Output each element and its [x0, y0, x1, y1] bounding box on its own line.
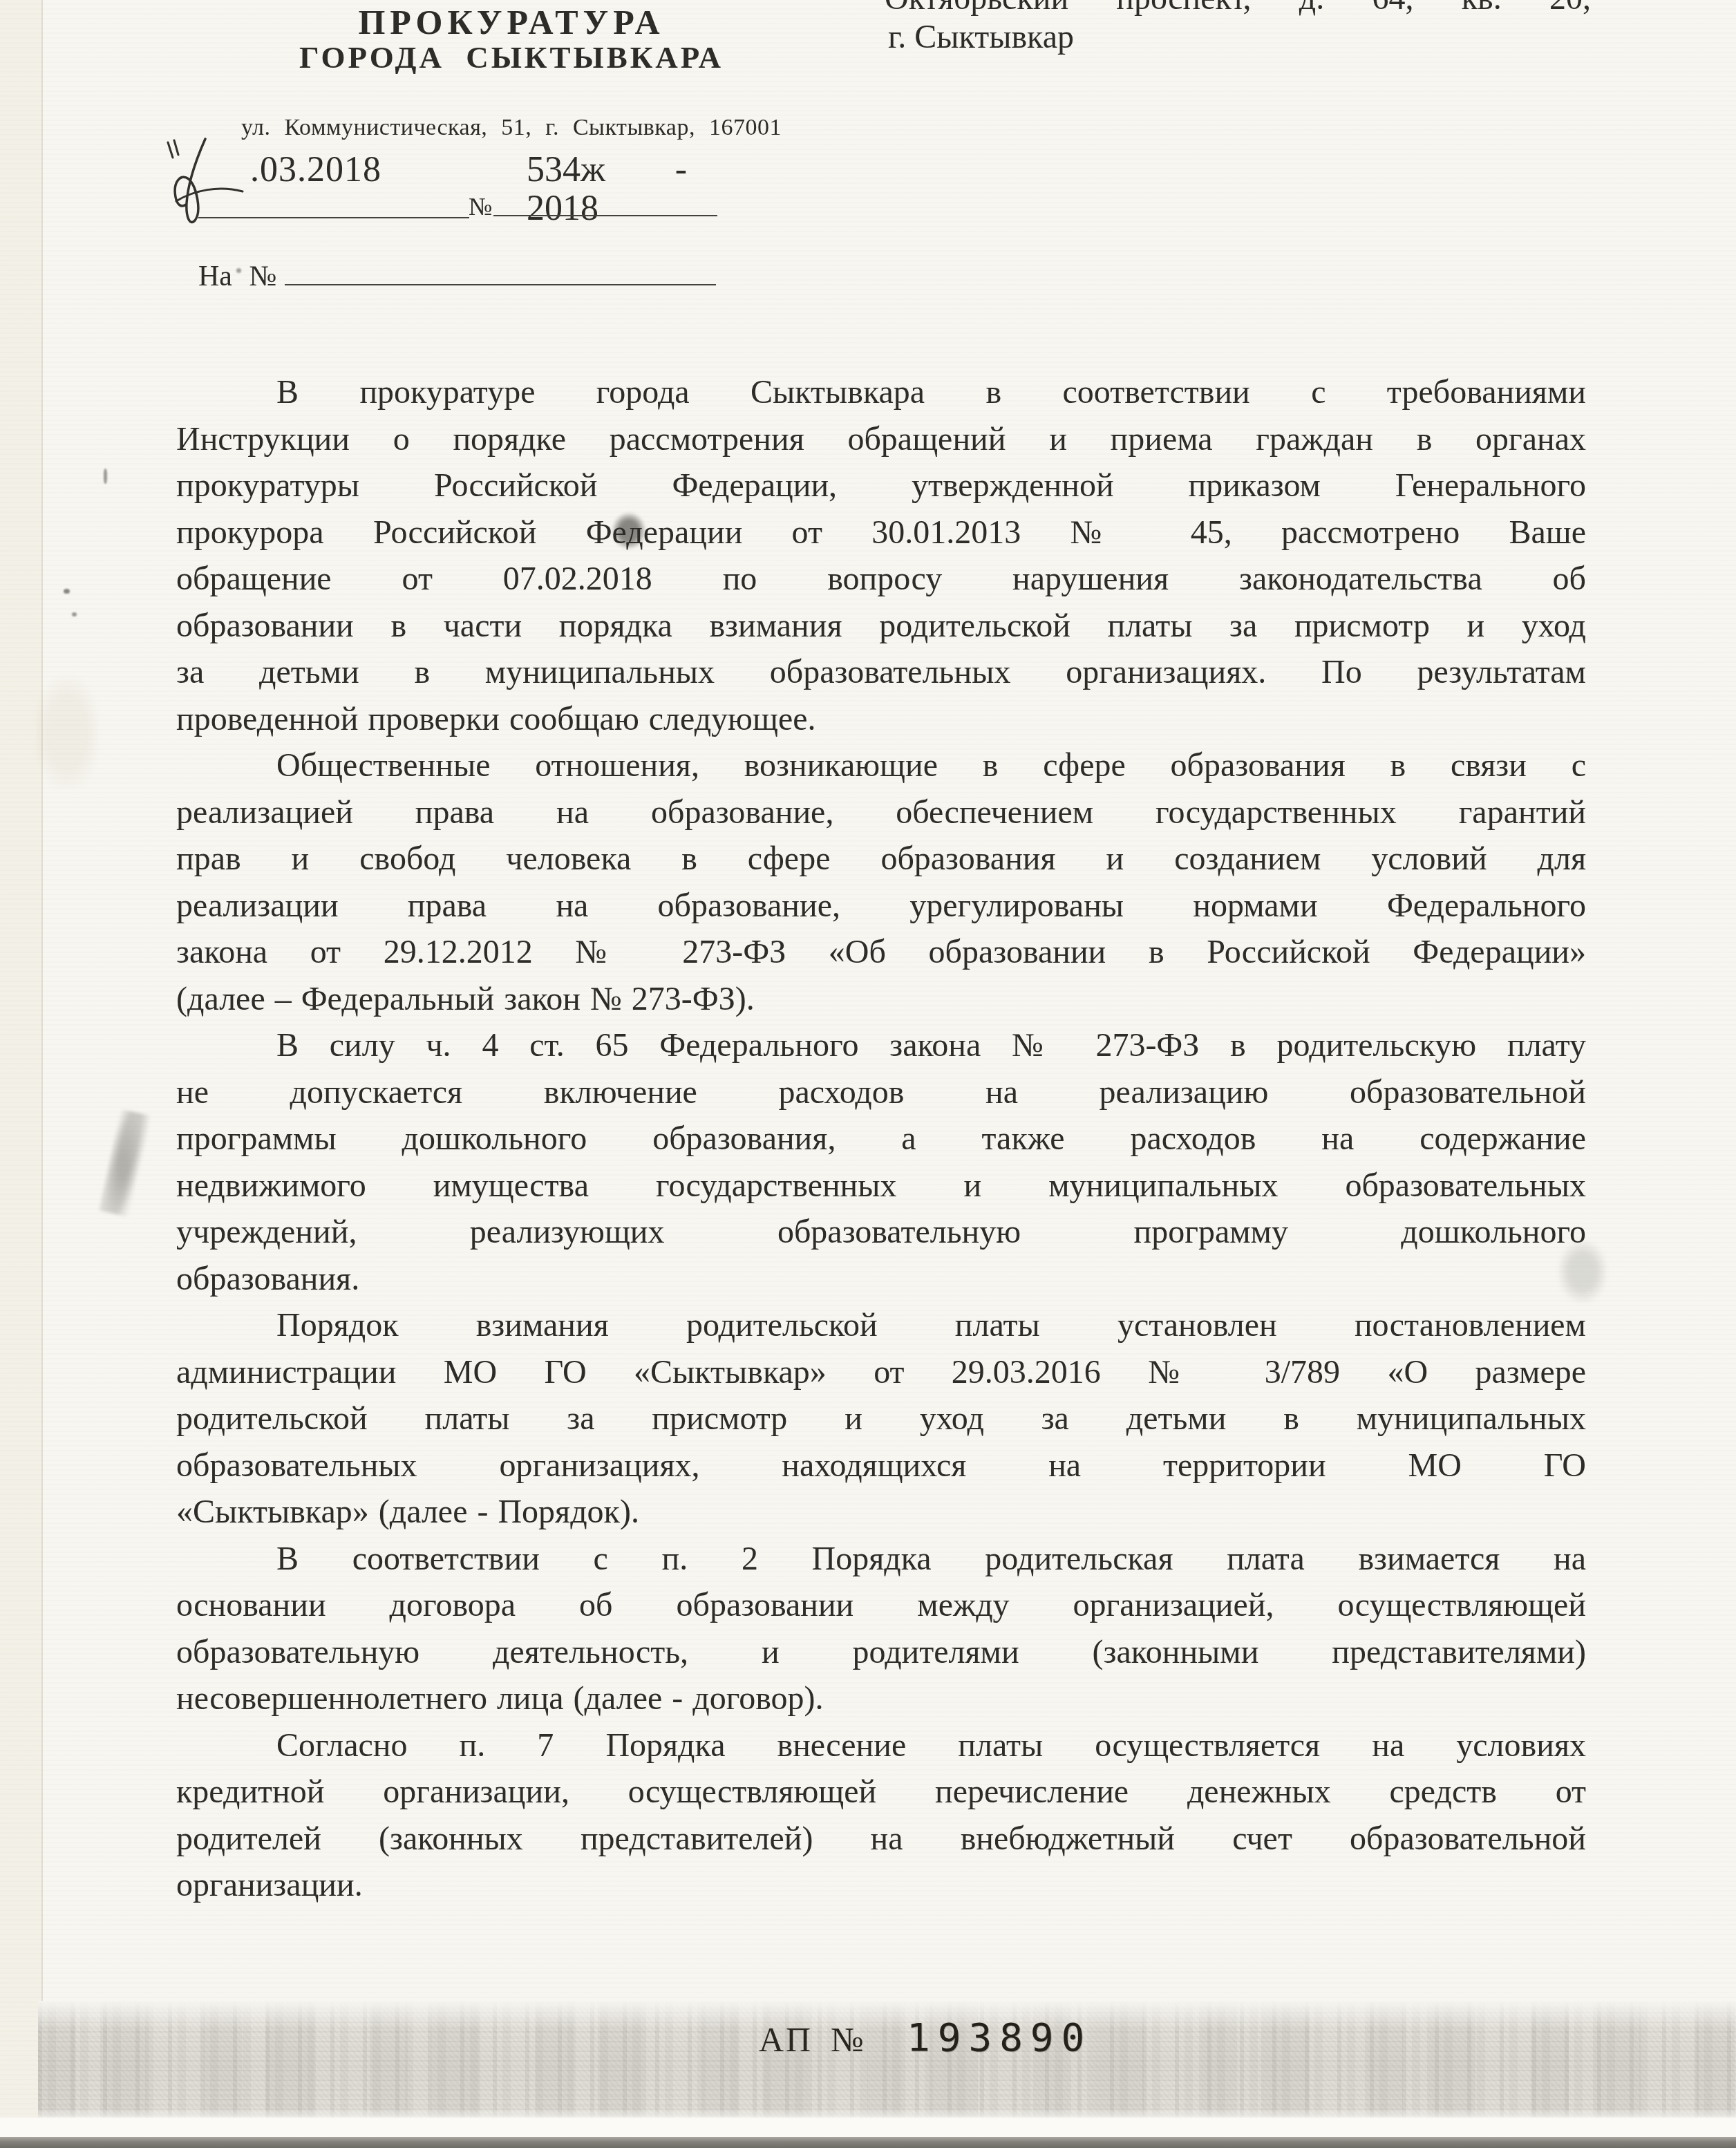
body-line: администрации МО ГО «Сыктывкар» от 29.03… — [176, 1349, 1586, 1396]
body-line: не допускается включение расходов на реа… — [176, 1069, 1586, 1116]
reply-reference-underline — [285, 284, 716, 285]
document-body: В прокуратуре города Сыктывкара в соотве… — [176, 369, 1586, 1909]
body-line: образовательных организациях, находящихс… — [176, 1442, 1586, 1489]
paper-stain-artifact — [36, 677, 98, 788]
body-line: прокуратуры Российской Федерации, утверж… — [176, 462, 1586, 509]
letterhead-address: ул. Коммунистическая, 51, г. Сыктывкар, … — [166, 115, 857, 141]
letterhead-org-line2: ГОРОДА СЫКТЫВКАРА — [166, 40, 857, 75]
speck-artifact — [72, 612, 77, 616]
body-line: Общественные отношения, возникающие в сф… — [176, 742, 1586, 789]
body-line: «Сыктывкар» (далее - Порядок). — [176, 1489, 1586, 1536]
letterhead: ПРОКУРАТУРА ГОРОДА СЫКТЫВКАРА — [166, 4, 857, 75]
date-fragment: .03.2018 — [250, 151, 381, 189]
body-line: за детьми в муниципальных образовательны… — [176, 649, 1586, 696]
body-line: программы дошкольного образования, а так… — [176, 1115, 1586, 1162]
speck-artifact — [64, 589, 70, 594]
scanner-noise-band — [38, 2001, 1736, 2120]
body-line: обращение от 07.02.2018 по вопросу наруш… — [176, 556, 1586, 603]
body-line: В прокуратуре города Сыктывкара в соотве… — [176, 369, 1586, 416]
recipient-address-line: Октябрьский проспект, д. 64, кв. 20, — [885, 0, 1591, 18]
page-bottom-edge — [0, 2118, 1736, 2137]
body-line: прокурора Российской Федерации от 30.01.… — [176, 509, 1586, 556]
body-line: несовершеннолетнего лица (далее - догово… — [176, 1675, 1586, 1722]
margin-smudge-artifact — [99, 1109, 151, 1217]
handwritten-day-mark — [161, 137, 248, 234]
body-line: закона от 29.12.2012 № 273-ФЗ «Об образо… — [176, 929, 1586, 976]
body-line: учреждений, реализующих образовательную … — [176, 1209, 1586, 1256]
body-line: родителей (законных представителей) на в… — [176, 1816, 1586, 1863]
outgoing-number: 534ж - 2018 — [527, 151, 687, 228]
recipient-city-line: г. Сыктывкар — [888, 17, 1074, 58]
body-line: родительской платы за присмотр и уход за… — [176, 1395, 1586, 1442]
body-line: В силу ч. 4 ст. 65 Федерального закона №… — [176, 1022, 1586, 1069]
body-line: Инструкции о порядке рассмотрения обраще… — [176, 416, 1586, 463]
body-line: образования. — [176, 1256, 1586, 1303]
body-line: проведенной проверки сообщаю следующее. — [176, 696, 1586, 743]
date-underline — [198, 217, 469, 218]
body-line: В соответствии с п. 2 Порядка родительск… — [176, 1536, 1586, 1583]
scan-seam — [41, 0, 43, 2148]
body-line: образовании в части порядка взимания род… — [176, 603, 1586, 650]
scanned-letter-page: ПРОКУРАТУРА ГОРОДА СЫКТЫВКАРА ул. Коммун… — [0, 0, 1736, 2148]
body-line: основании договора об образовании между … — [176, 1582, 1586, 1629]
body-line: реализации права на образование, урегули… — [176, 883, 1586, 930]
number-sign: № — [469, 192, 492, 221]
speck-artifact — [104, 469, 107, 484]
body-line: недвижимого имущества государственных и … — [176, 1162, 1586, 1209]
scan-bottom-shadow — [0, 2137, 1736, 2148]
body-line: прав и свобод человека в сфере образован… — [176, 836, 1586, 883]
number-underline — [493, 215, 717, 216]
body-line: организации. — [176, 1862, 1586, 1909]
body-line: реализацией права на образование, обеспе… — [176, 789, 1586, 836]
reply-reference-label: На № — [198, 260, 277, 293]
body-line: (далее – Федеральный закон № 273-ФЗ). — [176, 976, 1586, 1023]
registration-stamp-number: 193890 — [907, 2015, 1092, 2060]
body-line: кредитной организации, осуществляющей пе… — [176, 1769, 1586, 1816]
body-line: Согласно п. 7 Порядка внесение платы осу… — [176, 1722, 1586, 1769]
body-line: образовательную деятельность, и родителя… — [176, 1629, 1586, 1676]
letterhead-org-line1: ПРОКУРАТУРА — [166, 4, 857, 40]
registration-stamp-label: АП № — [759, 2019, 865, 2060]
body-line: Порядок взимания родительской платы уста… — [176, 1302, 1586, 1349]
